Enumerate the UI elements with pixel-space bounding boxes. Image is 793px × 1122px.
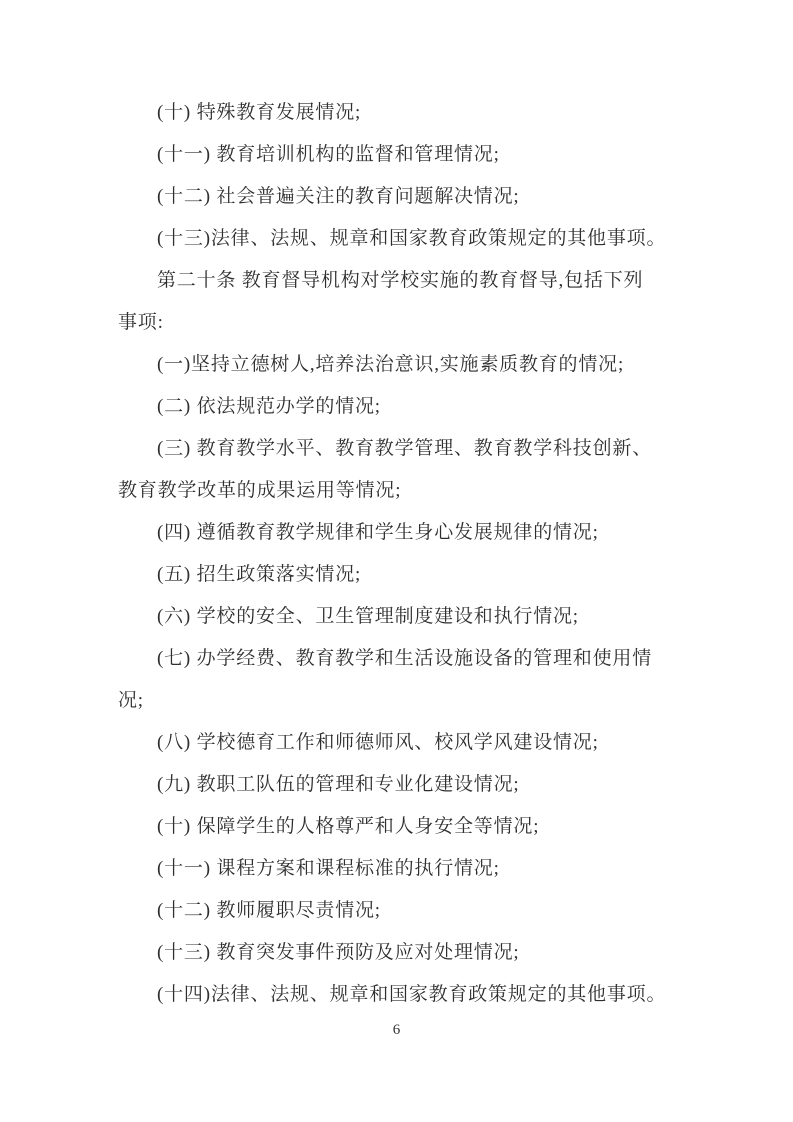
list-item-1: (一)坚持立德树人,培养法治意识,实施素质教育的情况; [118, 344, 676, 386]
list-item-13-art20: (十三) 教育突发事件预防及应对处理情况; [118, 932, 676, 974]
article-20-heading-line-2: 事项: [118, 302, 676, 344]
list-item-9: (九) 教职工队伍的管理和专业化建设情况; [118, 764, 676, 806]
document-page: (十) 特殊教育发展情况; (十一) 教育培训机构的监督和管理情况; (十二) … [0, 0, 793, 1122]
list-item-10: (十) 特殊教育发展情况; [118, 92, 676, 134]
list-item-3-line-2: 教育教学改革的成果运用等情况; [118, 470, 676, 512]
list-item-2: (二) 依法规范办学的情况; [118, 386, 676, 428]
list-item-10-art20: (十) 保障学生的人格尊严和人身安全等情况; [118, 806, 676, 848]
list-item-5: (五) 招生政策落实情况; [118, 554, 676, 596]
page-number: 6 [0, 1019, 793, 1041]
document-body: (十) 特殊教育发展情况; (十一) 教育培训机构的监督和管理情况; (十二) … [118, 92, 676, 1016]
list-item-11: (十一) 教育培训机构的监督和管理情况; [118, 134, 676, 176]
list-item-6: (六) 学校的安全、卫生管理制度建设和执行情况; [118, 596, 676, 638]
list-item-4: (四) 遵循教育教学规律和学生身心发展规律的情况; [118, 512, 676, 554]
list-item-11-art20: (十一) 课程方案和课程标准的执行情况; [118, 848, 676, 890]
list-item-14-art20: (十四)法律、法规、规章和国家教育政策规定的其他事项。 [118, 974, 676, 1016]
list-item-7-line-2: 况; [118, 680, 676, 722]
article-20-heading-line-1: 第二十条 教育督导机构对学校实施的教育督导,包括下列 [118, 260, 676, 302]
list-item-13: (十三)法律、法规、规章和国家教育政策规定的其他事项。 [118, 218, 676, 260]
list-item-7-line-1: (七) 办学经费、教育教学和生活设施设备的管理和使用情 [118, 638, 676, 680]
list-item-12-art20: (十二) 教师履职尽责情况; [118, 890, 676, 932]
list-item-3-line-1: (三) 教育教学水平、教育教学管理、教育教学科技创新、 [118, 428, 676, 470]
list-item-8: (八) 学校德育工作和师德师风、校风学风建设情况; [118, 722, 676, 764]
list-item-12: (十二) 社会普遍关注的教育问题解决情况; [118, 176, 676, 218]
